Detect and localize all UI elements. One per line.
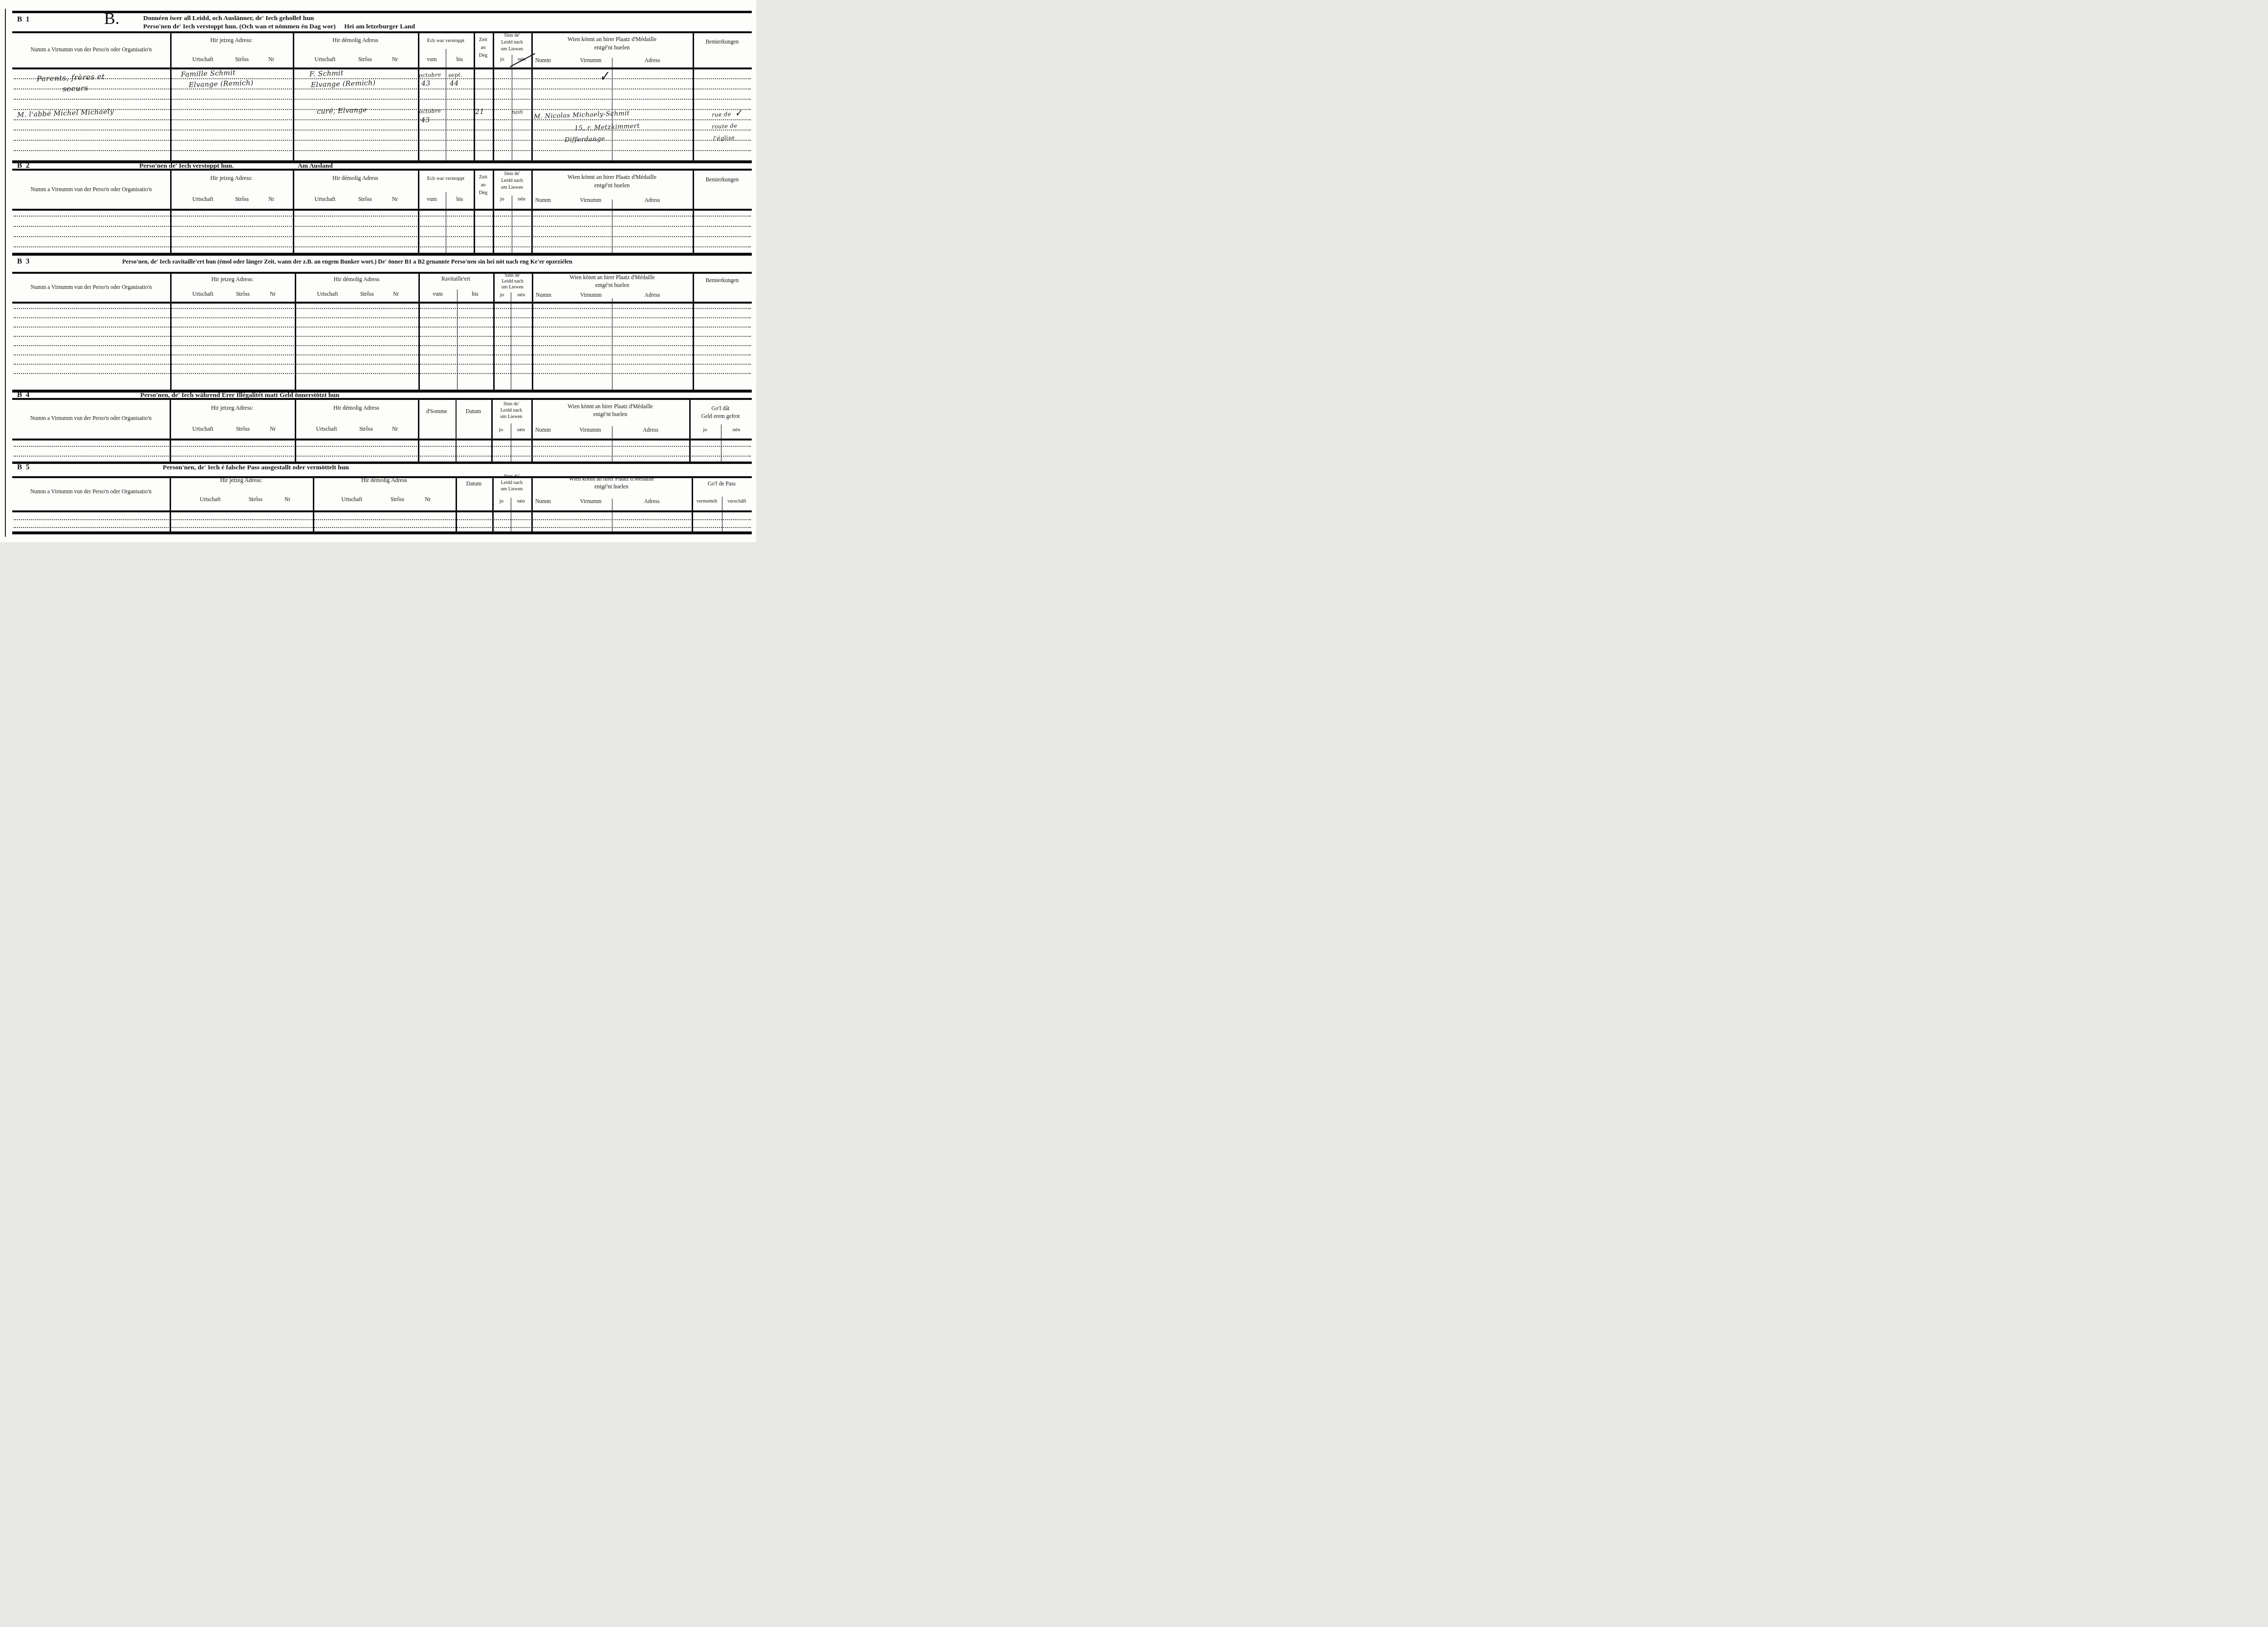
b3-col-nen: nén	[511, 292, 532, 298]
b3-col-urtschaft2: Urtschaft	[308, 291, 347, 297]
b4-col-med-numm: Numm	[535, 427, 568, 433]
b1-col-sinn3: um Liewen	[493, 47, 531, 52]
b5-col-stross: Strôss	[239, 497, 273, 503]
b2-col-medaille2: entgé'nt huelen	[531, 182, 693, 189]
b4-col-stross: Strôss	[226, 426, 260, 432]
column-line	[418, 398, 419, 462]
column-line	[418, 31, 419, 160]
b1-col-bemierkungen: Bemierkungen	[693, 39, 752, 45]
b2-col-stross: Strôss	[225, 197, 259, 202]
b2-col-medaille1: Wien könnt an hirer Plaatz d'Médaille	[531, 174, 693, 180]
b4-col-jetzeg: Hir jetzeg Adress:	[170, 405, 295, 411]
b3-col-numm-virnumm: Numm a Virnumm vun der Perso'n oder Orga…	[12, 285, 170, 290]
hw-b1r1-name-line2: soeurs	[63, 84, 88, 93]
b1-col-bis: bis	[446, 57, 474, 63]
b3-col-sinn3: um Liewen	[493, 285, 532, 290]
b1-col-stross2: Strôss	[348, 57, 382, 63]
b2-col-sinn1: Sinn de'	[493, 172, 531, 177]
b4-col-nr: Nr	[263, 426, 283, 432]
dotted-row-line	[14, 99, 751, 100]
b3-col-jo: jo	[493, 292, 511, 298]
hw-b1r2-bemierkung-line3: l'église	[713, 134, 735, 142]
b4-col-datum: Datum	[456, 409, 491, 415]
dotted-row-line	[14, 527, 751, 528]
b3-col-sinn1: Sinn de'	[493, 273, 532, 279]
b5-col-verschaft: verschâft	[722, 499, 752, 504]
b2-col-zeit1: Zeit	[474, 175, 493, 180]
hw-b1r2-nen: non	[511, 109, 523, 116]
column-line	[693, 31, 694, 160]
b3-col-stross: Strôss	[226, 291, 260, 297]
divider	[12, 253, 752, 256]
dotted-row-line	[14, 226, 751, 227]
hw-b1r2-bemierkung-line2: route de	[712, 122, 738, 130]
b1-col-sinn2: Leidd nach	[493, 40, 531, 45]
b3-col-medaille1: Wien könnt an hirer Plaatz d'Médaille	[532, 275, 693, 281]
b3-col-stross2: Strôss	[350, 291, 384, 297]
b5-col-nr2: Nr	[418, 497, 437, 503]
divider	[12, 67, 752, 69]
hw-b1r1-checkmark: ✓	[599, 66, 611, 86]
b4-col-dsomme: d'Somme	[418, 409, 456, 415]
b1-col-medaille1: Wien könnt an hirer Plaatz d'Médaille	[531, 36, 693, 43]
b5-col-numm-virnumm: Numm a Virnumm vun der Perso'n oder Orga…	[12, 489, 170, 495]
dotted-row-line	[14, 140, 751, 141]
dotted-row-line	[14, 150, 751, 151]
b2-col-med-numm: Numm	[535, 198, 569, 203]
b3-col-demolig: Hir démolig Adress	[295, 276, 418, 283]
b4-col-nen: nén	[511, 427, 531, 433]
hw-b1r2-zeit: 21	[475, 108, 484, 116]
b5-col-med-numm: Numm	[535, 499, 569, 505]
b5-col-stross2: Strôss	[380, 497, 414, 503]
section-b1-id: B 1	[17, 16, 30, 24]
b4-col-demolig: Hir démolig Adress	[295, 405, 418, 411]
b1-col-zeit3: Dég	[474, 53, 493, 58]
column-line	[170, 31, 172, 160]
b2-col-nr2: Nr	[385, 197, 405, 202]
b1-col-zeit1: Zeit	[474, 37, 493, 43]
column-line	[532, 272, 533, 390]
column-line	[170, 476, 171, 531]
column-line	[612, 298, 612, 390]
b3-col-medaille2: entgé'nt huelen	[532, 283, 693, 288]
divider	[12, 169, 752, 171]
hw-b1r1-jetzeg-line2: Elvange (Remich)	[189, 79, 254, 89]
b3-col-med-numm: Numm	[536, 292, 570, 298]
b4-col-gof-dat1: Go'f dât	[689, 406, 752, 412]
b1-col-zeit2: an	[474, 45, 493, 50]
b3-col-med-adress: Adress	[612, 292, 693, 298]
b4-col-gof-nen: nén	[721, 427, 752, 433]
column-line	[612, 58, 612, 160]
section-b5-title: Person'nen, de' Iech é falsche Pass ausg…	[163, 463, 349, 471]
b4-col-sinn1: Sinn de'	[491, 402, 531, 407]
b3-col-sinn2: Leidd nach	[493, 279, 532, 285]
b4-col-jo: jo	[491, 427, 511, 433]
column-line	[612, 199, 612, 253]
dotted-row-line	[14, 109, 751, 110]
column-line	[531, 31, 533, 160]
column-line	[456, 398, 457, 462]
divider	[12, 510, 752, 512]
b4-col-stross2: Strôss	[349, 426, 383, 432]
b2-col-urtschaft2: Urtschaft	[305, 197, 345, 202]
divider	[12, 209, 752, 211]
section-b1-title-line2: Perso'nen de' Iech verstoppt hun. (Och w…	[143, 22, 415, 30]
divider	[12, 11, 752, 13]
b2-col-zeit3: Dég	[474, 190, 493, 196]
column-line	[457, 289, 458, 390]
hw-b1r2-bemierkung-line1: rue de	[712, 110, 731, 118]
b4-col-gof-jo: jo	[689, 427, 721, 433]
column-line	[293, 31, 294, 160]
b1-col-demolig: Hir démolig Adress	[293, 37, 418, 44]
b5-col-jo: jo	[492, 499, 511, 505]
hw-b1r2-demolig: curé, Elvange	[317, 106, 368, 116]
column-line	[313, 476, 314, 531]
b3-col-urtschaft: Urtschaft	[183, 291, 222, 297]
b3-col-med-virnumm: Virnumm	[570, 292, 612, 298]
divider	[12, 390, 752, 393]
b5-col-urtschaft: Urtschaft	[191, 497, 230, 503]
b1-col-med-virnumm: Virnumm	[569, 58, 612, 64]
b1-col-urtschaft: Urtschaft	[183, 57, 222, 63]
b5-col-urtschaft2: Urtschaft	[332, 497, 371, 503]
dotted-row-line	[14, 246, 751, 247]
b1-col-med-numm: Numm	[535, 58, 569, 64]
dotted-row-line	[14, 236, 751, 237]
b1-col-vum: vum	[418, 57, 446, 63]
b3-col-vum: vum	[418, 291, 457, 297]
b1-col-urtschaft2: Urtschaft	[305, 57, 345, 63]
column-line	[295, 272, 296, 390]
column-line	[293, 169, 294, 253]
b5-col-vermettelt: vermettelt	[692, 499, 722, 504]
b2-col-med-virnumm: Virnumm	[569, 198, 612, 203]
section-b1-letter: B.	[104, 10, 119, 28]
b5-col-med-adress: Adress	[612, 499, 692, 505]
column-line	[511, 292, 511, 390]
b2-col-urtschaft: Urtschaft	[183, 197, 222, 202]
b2-col-sinn3: um Liewen	[493, 185, 531, 191]
dotted-row-line	[14, 354, 751, 355]
b1-col-nr2: Nr	[385, 57, 405, 63]
dotted-row-line	[14, 216, 751, 217]
dotted-row-line	[14, 373, 751, 374]
b2-col-demolig: Hir démolig Adress	[293, 175, 418, 181]
b2-col-jo: jo	[493, 197, 512, 202]
b1-col-jetzeg: Hir jetzeg Adress:	[170, 37, 293, 44]
b1-col-medaille2: entgé'nt huelen	[531, 44, 693, 51]
column-line	[531, 169, 533, 253]
divider	[12, 398, 752, 400]
b2-col-vum: vum	[418, 197, 446, 202]
section-b2-title: Perso'nen de' Iech verstoppt hun.	[139, 162, 234, 170]
section-b3-title: Perso'nen, de' Iech ravitaille'ert hun (…	[122, 258, 572, 265]
dotted-row-line	[14, 519, 751, 520]
b4-col-sinn3: um Liewen	[491, 415, 531, 420]
divider	[12, 439, 752, 440]
b2-col-jetzeg: Hir jetzeg Adress:	[170, 175, 293, 181]
b3-col-bemierkungen: Bemierkungen	[693, 278, 752, 284]
column-line	[512, 196, 512, 253]
b3-col-jetzeg: Hir jetzeg Adress:	[170, 276, 295, 283]
b5-col-nr: Nr	[278, 497, 297, 503]
b2-col-med-adress: Adress	[612, 198, 693, 203]
dotted-row-line	[14, 308, 751, 309]
b5-col-sinn1: Sinn de'	[492, 474, 531, 480]
b4-col-sinn2: Leidd nach	[491, 408, 531, 414]
section-b4-id: B 4	[17, 391, 30, 399]
hw-b1r2-checkmark: ✓	[735, 107, 743, 120]
b1-col-stross: Strôss	[225, 57, 259, 63]
b2-col-zeit2: an	[474, 182, 493, 188]
b2-col-bemierkungen: Bemierkungen	[693, 177, 752, 183]
b3-col-bis: bis	[457, 291, 493, 297]
b2-col-sinn2: Leidd nach	[493, 178, 531, 184]
b2-col-stross2: Strôss	[348, 197, 382, 202]
b3-col-ravitailleert: Ravitaille'ert	[418, 276, 493, 282]
b4-col-med-adress: Adress	[612, 427, 689, 433]
b5-col-nen: nén	[511, 499, 531, 505]
scan-edge-line	[5, 9, 6, 537]
b5-col-med-virnumm: Virnumm	[569, 499, 612, 505]
hw-b1r1-jetzeg-line1: Famille Schmit	[181, 69, 236, 79]
hw-b1r2-vum-year: 43	[421, 116, 430, 125]
b4-col-med-virnumm: Virnumm	[568, 427, 612, 433]
b5-col-jetzeg: Hir jetzeg Adress:	[170, 477, 313, 484]
divider	[12, 272, 752, 274]
b2-col-numm-virnumm: Numm a Virnumm vun der Perso'n oder Orga…	[12, 187, 170, 193]
dotted-row-line	[14, 456, 751, 457]
divider	[12, 160, 752, 163]
b4-col-nr2: Nr	[385, 426, 405, 432]
hw-b1r2-medaille-line3: Differdange	[565, 135, 605, 144]
hw-b1r1-vum-year: 43	[421, 80, 431, 88]
divider	[12, 462, 752, 464]
b1-col-numm-virnumm: Numm a Virnumm vun der Perso'n oder Orga…	[12, 47, 170, 53]
divider	[12, 302, 752, 304]
column-line	[170, 169, 172, 253]
column-line	[474, 31, 475, 160]
b5-col-datum: Datum	[456, 481, 492, 487]
dotted-row-line	[14, 336, 751, 337]
dotted-row-line	[14, 78, 751, 79]
hw-b1r1-bis-month: sept.	[448, 71, 463, 78]
b4-col-urtschaft2: Urtschaft	[307, 426, 346, 432]
dotted-row-line	[14, 119, 751, 120]
b5-col-demolig: Hir démolig Adress	[313, 477, 456, 484]
dotted-row-line	[14, 446, 751, 447]
section-b1-title-line2-bold: Hei am letzeburger Land	[344, 22, 415, 30]
b2-col-bis: bis	[446, 197, 474, 202]
b1-col-sinn1: Sinn de'	[493, 33, 531, 39]
b1-col-verstoppt: Ech war verstoppt	[417, 38, 475, 44]
b4-col-urtschaft: Urtschaft	[183, 426, 222, 432]
dotted-row-line	[14, 130, 751, 131]
b3-col-nr2: Nr	[386, 291, 406, 297]
column-line	[170, 272, 172, 390]
section-b1-title-line1: Donnéen iwer all Leidd, och Auslänner, d…	[143, 14, 314, 22]
hw-b1r1-name-line1: Parents, frères et	[37, 72, 105, 84]
b5-col-medaille1: Wien könnt an hirer Plaatz d'Médaille	[531, 476, 692, 482]
dotted-row-line	[14, 345, 751, 346]
b4-col-medaille2: entgé'nt huelen	[531, 412, 689, 418]
column-line	[446, 49, 446, 160]
hw-b1r1-demolig-line1: F. Schmit	[309, 69, 344, 78]
b5-col-sinn3: um Liewen	[492, 487, 531, 492]
b1-col-med-adress: Adress	[612, 58, 693, 64]
section-b3-id: B 3	[17, 258, 30, 266]
divider	[12, 31, 752, 33]
b2-col-verstoppt: Ech war verstoppt	[417, 176, 475, 181]
section-b4-title: Perso'nen, de' Iech während Erer Illégal…	[140, 391, 339, 399]
section-b5-id: B 5	[17, 463, 30, 472]
b1-col-nr: Nr	[262, 57, 281, 63]
b1-col-jo: jo	[493, 57, 512, 63]
b5-col-gof-pass: Go'f de Pass	[692, 481, 752, 487]
hw-b1r1-vum-month: octobre	[419, 71, 441, 79]
b4-col-medaille1: Wien könnt an hirer Plaatz d'Médaille	[531, 404, 689, 410]
b2-col-nen: nén	[512, 197, 531, 202]
b5-col-sinn2: Leidd nach	[492, 481, 531, 486]
scanned-form-page: B 1 B. Donnéen iwer all Leidd, och Auslä…	[0, 0, 756, 542]
dotted-row-line	[14, 317, 751, 318]
divider	[12, 531, 752, 534]
b3-col-nr: Nr	[263, 291, 283, 297]
b4-col-gof-dat2: Geld erem gefrot	[689, 414, 752, 419]
b5-col-medaille2: entgé'nt huelen	[531, 484, 692, 490]
hw-b1r1-demolig-line2: Elvange (Remich)	[311, 79, 376, 89]
dotted-row-line	[14, 364, 751, 365]
column-line	[693, 272, 694, 390]
hw-b1r2-medaille-line2: 15, r. Metzkimmert	[574, 123, 640, 132]
column-line	[512, 55, 512, 160]
hw-b1r2-vum-month: octobre	[419, 108, 441, 115]
column-line	[418, 272, 420, 390]
dotted-row-line	[14, 327, 751, 328]
section-b2-subtitle: Am Ausland	[298, 162, 333, 170]
section-b1-title-line2-text: Perso'nen de' Iech verstoppt hun. (Och w…	[143, 22, 336, 30]
b4-col-numm-virnumm: Numm a Virnumm vun der Perso'n oder Orga…	[12, 416, 170, 421]
section-b2-id: B 2	[17, 162, 30, 170]
hw-b1r1-bis-year: 44	[450, 80, 459, 88]
b2-col-nr: Nr	[262, 197, 281, 202]
dotted-row-line	[14, 88, 751, 89]
